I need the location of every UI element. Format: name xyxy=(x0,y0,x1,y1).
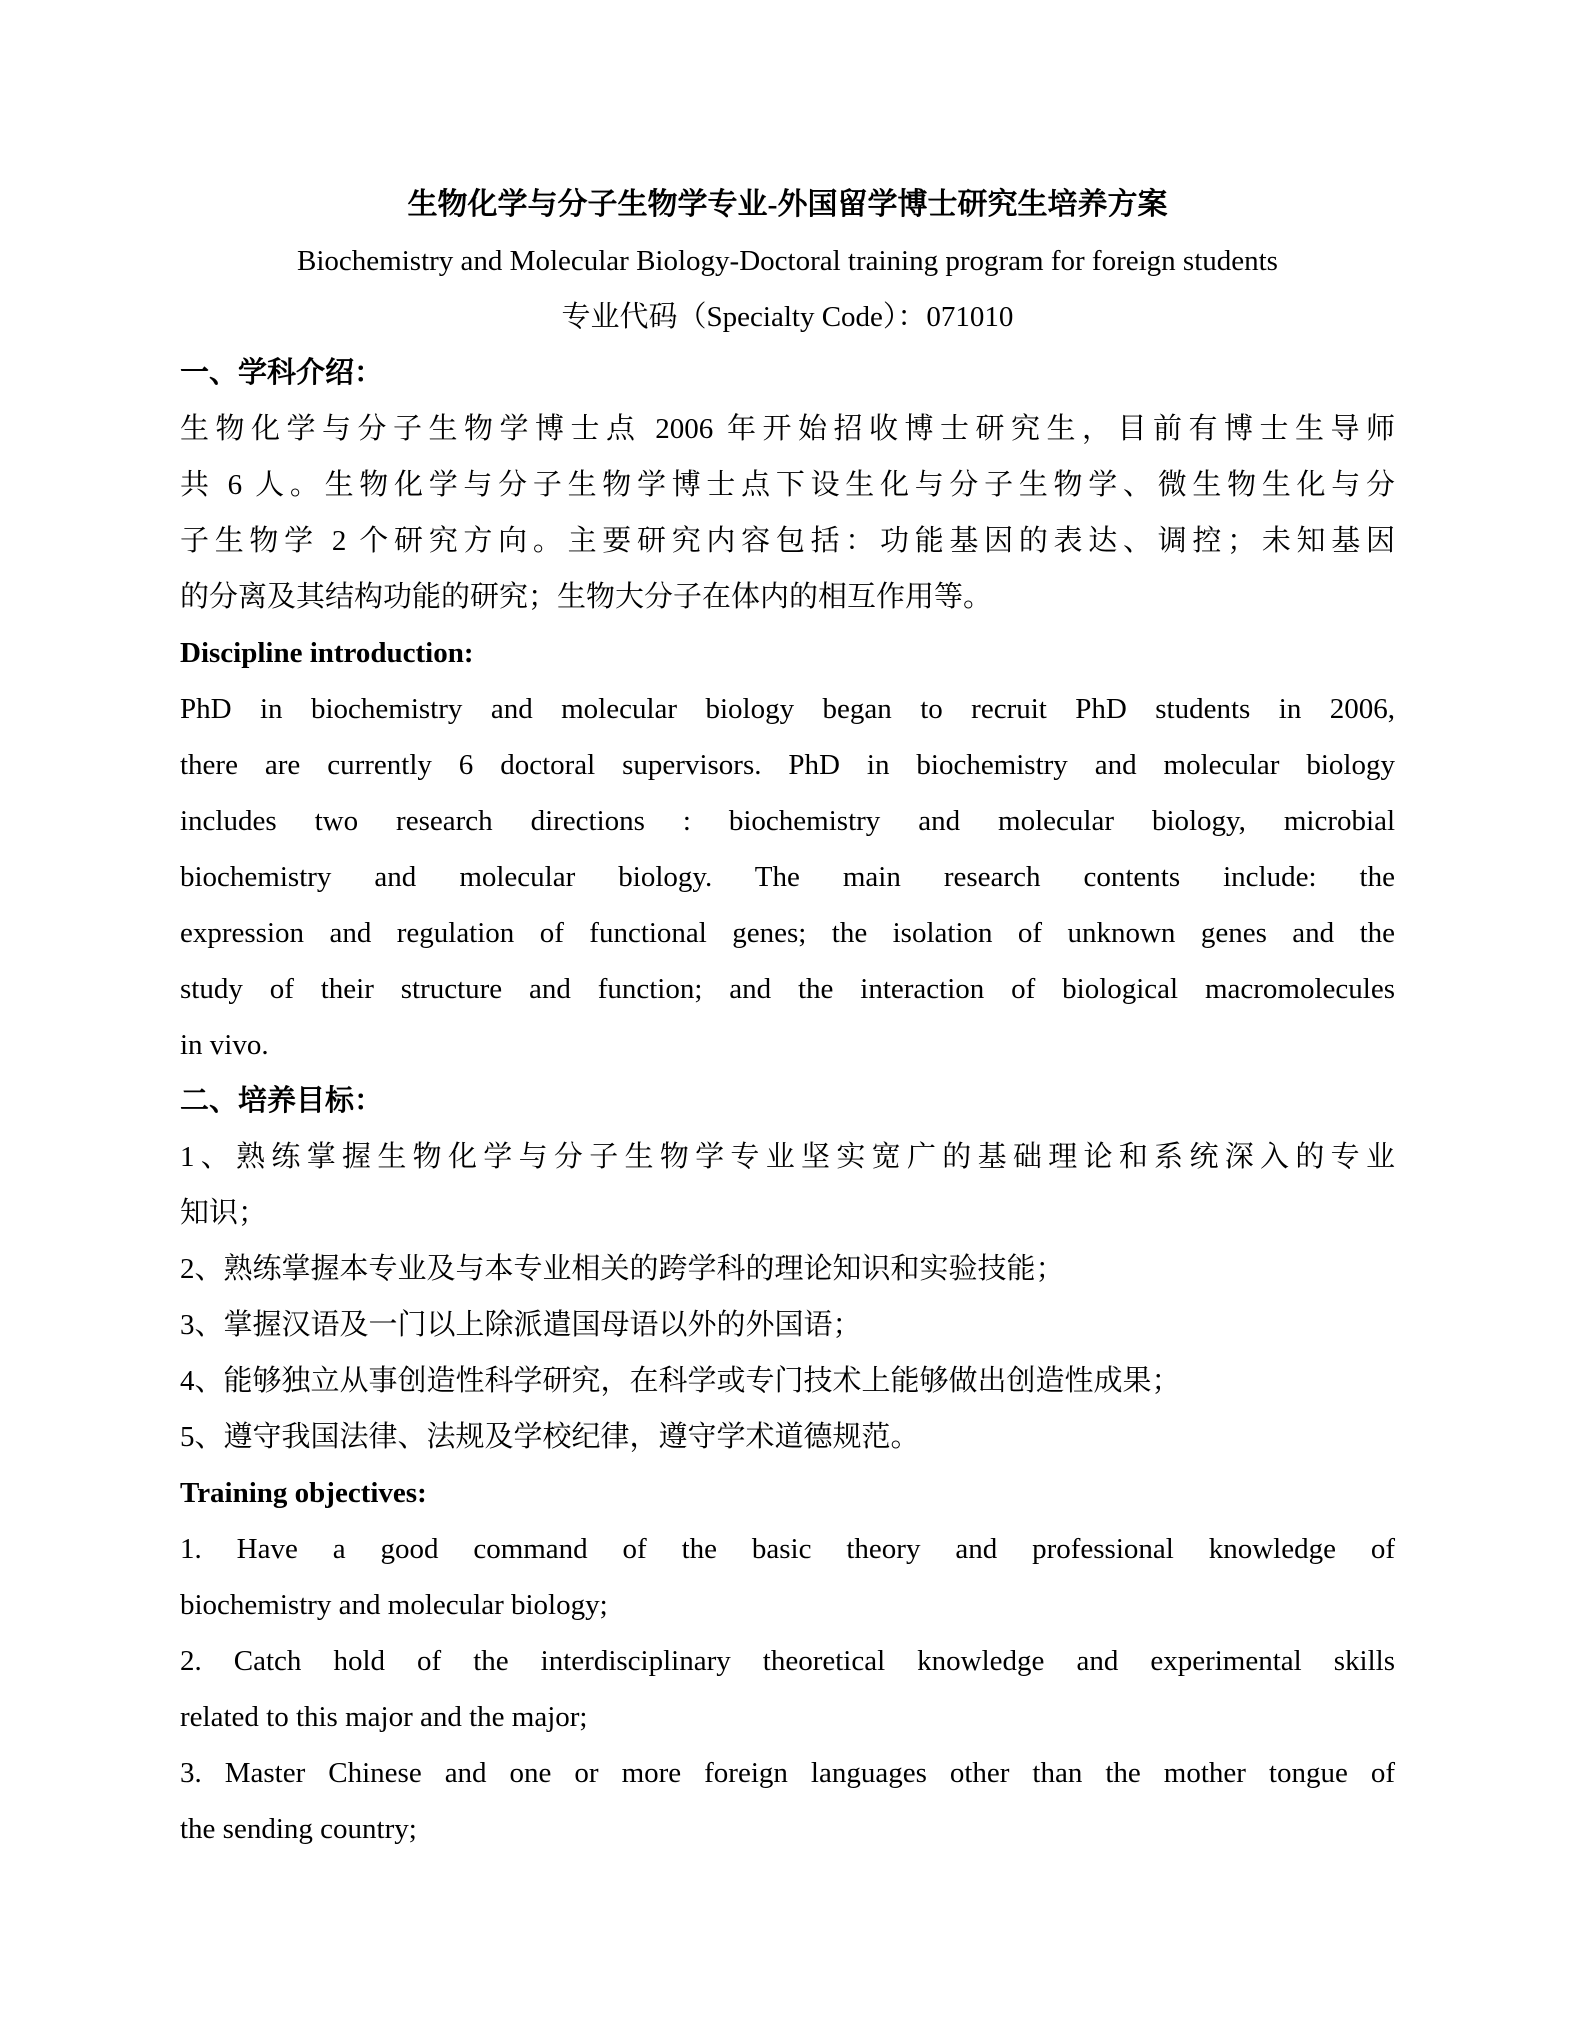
section2-en-line: the sending country; xyxy=(180,1801,1395,1857)
section2-zh-line: 5、遵守我国法律、法规及学校纪律，遵守学术道德规范。 xyxy=(180,1409,1395,1465)
section1-zh-line: 的分离及其结构功能的研究；生物大分子在体内的相互作用等。 xyxy=(180,569,1395,625)
doc-title-zh: 生物化学与分子生物学专业-外国留学博士研究生培养方案 xyxy=(180,177,1395,233)
section2-zh-line: 2、熟练掌握本专业及与本专业相关的跨学科的理论知识和实验技能； xyxy=(180,1241,1395,1297)
section1-en-line: includes two research directions : bioch… xyxy=(180,793,1395,849)
section2-zh-line: 知识； xyxy=(180,1185,1395,1241)
section1-en-line: in vivo. xyxy=(180,1017,1395,1073)
section1-en-line: study of their structure and function; a… xyxy=(180,961,1395,1017)
section2-en-line: biochemistry and molecular biology; xyxy=(180,1577,1395,1633)
section2-zh-line: 3、掌握汉语及一门以上除派遣国母语以外的外国语； xyxy=(180,1297,1395,1353)
section1-heading-en: Discipline introduction: xyxy=(180,625,1395,681)
section1-en-line: there are currently 6 doctoral superviso… xyxy=(180,737,1395,793)
doc-title-en: Biochemistry and Molecular Biology-Docto… xyxy=(180,233,1395,289)
section2-zh-line: 4、能够独立从事创造性科学研究，在科学或专门技术上能够做出创造性成果； xyxy=(180,1353,1395,1409)
section2-en-line: 3. Master Chinese and one or more foreig… xyxy=(180,1745,1395,1801)
section2-en-line: 1. Have a good command of the basic theo… xyxy=(180,1521,1395,1577)
section1-heading-zh: 一、学科介绍： xyxy=(180,345,1395,401)
section1-zh-line: 生物化学与分子生物学博士点 2006 年开始招收博士研究生，目前有博士生导师 xyxy=(180,401,1395,457)
document-content: 生物化学与分子生物学专业-外国留学博士研究生培养方案 Biochemistry … xyxy=(180,177,1395,1857)
specialty-code: 专业代码（Specialty Code）：071010 xyxy=(180,289,1395,345)
section1-zh-line: 子生物学 2 个研究方向。主要研究内容包括：功能基因的表达、调控；未知基因 xyxy=(180,513,1395,569)
section2-en-line: related to this major and the major; xyxy=(180,1689,1395,1745)
section2-zh-line: 1、熟练掌握生物化学与分子生物学专业坚实宽广的基础理论和系统深入的专业 xyxy=(180,1129,1395,1185)
section2-heading-zh: 二、培养目标： xyxy=(180,1073,1395,1129)
document-page: 生物化学与分子生物学专业-外国留学博士研究生培养方案 Biochemistry … xyxy=(0,0,1575,2037)
section2-en-line: 2. Catch hold of the interdisciplinary t… xyxy=(180,1633,1395,1689)
section1-en-line: PhD in biochemistry and molecular biolog… xyxy=(180,681,1395,737)
section1-en-line: expression and regulation of functional … xyxy=(180,905,1395,961)
section1-en-line: biochemistry and molecular biology. The … xyxy=(180,849,1395,905)
section1-zh-line: 共 6 人。生物化学与分子生物学博士点下设生化与分子生物学、微生物生化与分 xyxy=(180,457,1395,513)
section2-heading-en: Training objectives: xyxy=(180,1465,1395,1521)
